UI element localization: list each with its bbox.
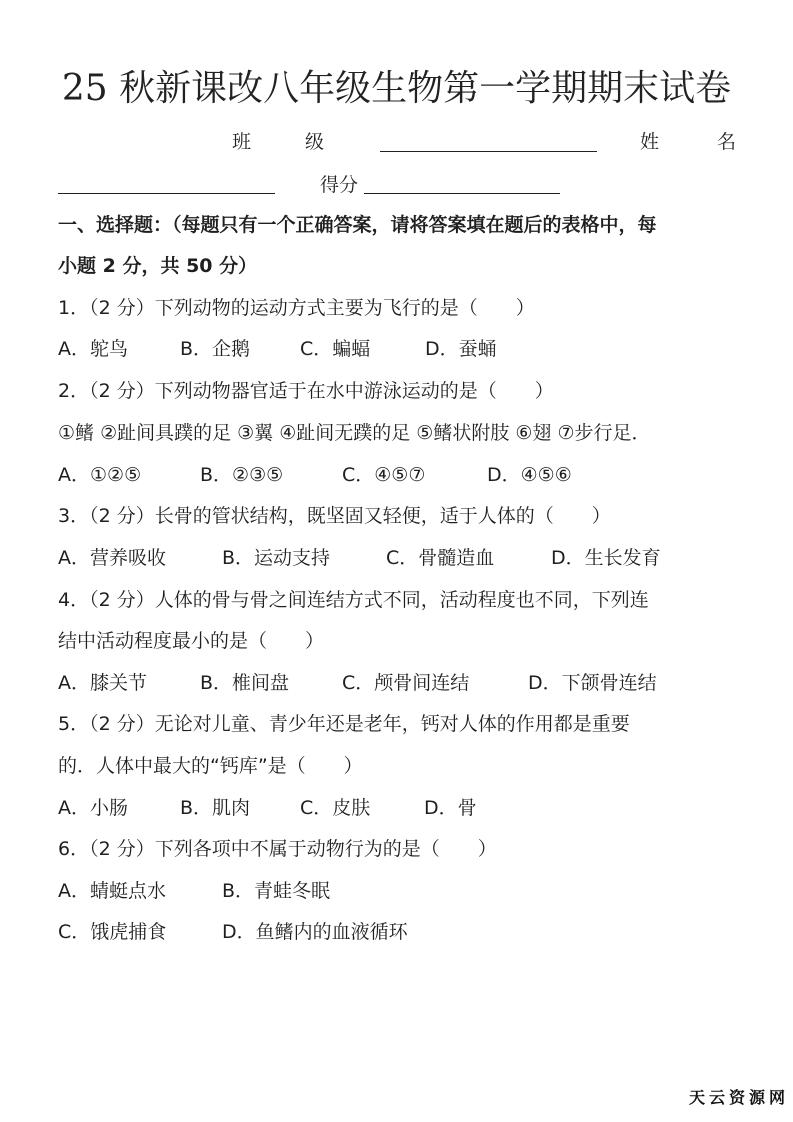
option-d: D．生长发育 — [551, 544, 661, 572]
option-b: B．企鹅 — [180, 335, 278, 363]
class-label-char2: 级 — [305, 127, 324, 154]
watermark-logo: 天云资源网 — [689, 1085, 789, 1108]
question-6-options-row2: C．饿虎捕食D．鱼鳍内的血液循环 — [58, 918, 430, 946]
option-d: D．蚕蛹 — [425, 335, 497, 363]
option-d: D．下颌骨连结 — [528, 669, 657, 697]
question-2-options: A．①②⑤B．②③⑤C．④⑤⑦D．④⑤⑥ — [58, 461, 594, 489]
option-a: A．膝关节 — [58, 669, 178, 697]
question-3-options: A．营养吸收B．运动支持C．骨髓造血D．生长发育 — [58, 544, 683, 572]
question-4-stem-line2: 结中活动程度最小的是（ ） — [58, 627, 324, 655]
class-input-line[interactable] — [380, 151, 597, 152]
name-label-char1: 姓 — [640, 127, 659, 154]
option-c: C．骨髓造血 — [386, 544, 529, 572]
section-heading-line2: 小题 2 分，共 50 分） — [58, 252, 257, 280]
question-2-choices: ①鳍 ②趾间具蹼的足 ③翼 ④趾间无蹼的足 ⑤鳍状附肢 ⑥翅 ⑦步行足． — [58, 419, 650, 447]
option-a: A．营养吸收 — [58, 544, 200, 572]
score-label: 得分 — [320, 170, 358, 197]
question-1-options: A．鸵鸟B．企鹅C．蝙蝠D．蚕蛹 — [58, 335, 519, 363]
question-5-options: A．小肠B．肌肉C．皮肤D．骨 — [58, 794, 499, 822]
option-b: B．肌肉 — [180, 794, 278, 822]
question-5-stem-line1: 5．（2 分）无论对儿童、青少年还是老年，钙对人体的作用都是重要 — [58, 710, 630, 738]
option-c: C．④⑤⑦ — [342, 461, 465, 489]
option-d: D．骨 — [424, 794, 477, 822]
option-b: B．②③⑤ — [200, 461, 320, 489]
option-a: A．鸵鸟 — [58, 335, 158, 363]
question-2-stem: 2．（2 分）下列动物器官适于在水中游泳运动的是（ ） — [58, 377, 554, 405]
section-heading-line1: 一、选择题：（每题只有一个正确答案，请将答案填在题后的表格中，每 — [58, 211, 657, 239]
question-1-stem: 1．（2 分）下列动物的运动方式主要为飞行的是（ ） — [58, 294, 535, 322]
score-input-line[interactable] — [364, 193, 560, 194]
question-3-stem: 3．（2 分）长骨的管状结构，既坚固又轻便，适于人体的（ ） — [58, 502, 611, 530]
name-input-line[interactable] — [58, 193, 275, 194]
option-a: A．①②⑤ — [58, 461, 178, 489]
question-4-options: A．膝关节B．椎间盘C．颅骨间连结D．下颌骨连结 — [58, 669, 679, 697]
option-b: B．椎间盘 — [200, 669, 320, 697]
option-c: C．饿虎捕食 — [58, 918, 200, 946]
option-d: D．④⑤⑥ — [487, 461, 572, 489]
option-a: A．小肠 — [58, 794, 158, 822]
question-6-options-row1: A．蜻蜓点水B．青蛙冬眠 — [58, 877, 352, 905]
question-5-stem-line2: 的．人体中最大的“钙库”是（ ） — [58, 752, 363, 780]
option-c: C．颅骨间连结 — [342, 669, 506, 697]
class-label-char1: 班 — [232, 127, 251, 154]
question-6-stem: 6．（2 分）下列各项中不属于动物行为的是（ ） — [58, 835, 497, 863]
question-4-stem-line1: 4．（2 分）人体的骨与骨之间连结方式不同，活动程度也不同，下列连 — [58, 586, 649, 614]
option-b: B．运动支持 — [222, 544, 364, 572]
option-a: A．蜻蜓点水 — [58, 877, 200, 905]
option-c: C．蝙蝠 — [300, 335, 403, 363]
option-b: B．青蛙冬眠 — [222, 877, 330, 905]
exam-title: 25 秋新课改八年级生物第一学期期末试卷 — [0, 66, 793, 112]
name-label-char2: 名 — [717, 127, 736, 154]
option-c: C．皮肤 — [300, 794, 402, 822]
option-d: D．鱼鳍内的血液循环 — [222, 918, 408, 946]
